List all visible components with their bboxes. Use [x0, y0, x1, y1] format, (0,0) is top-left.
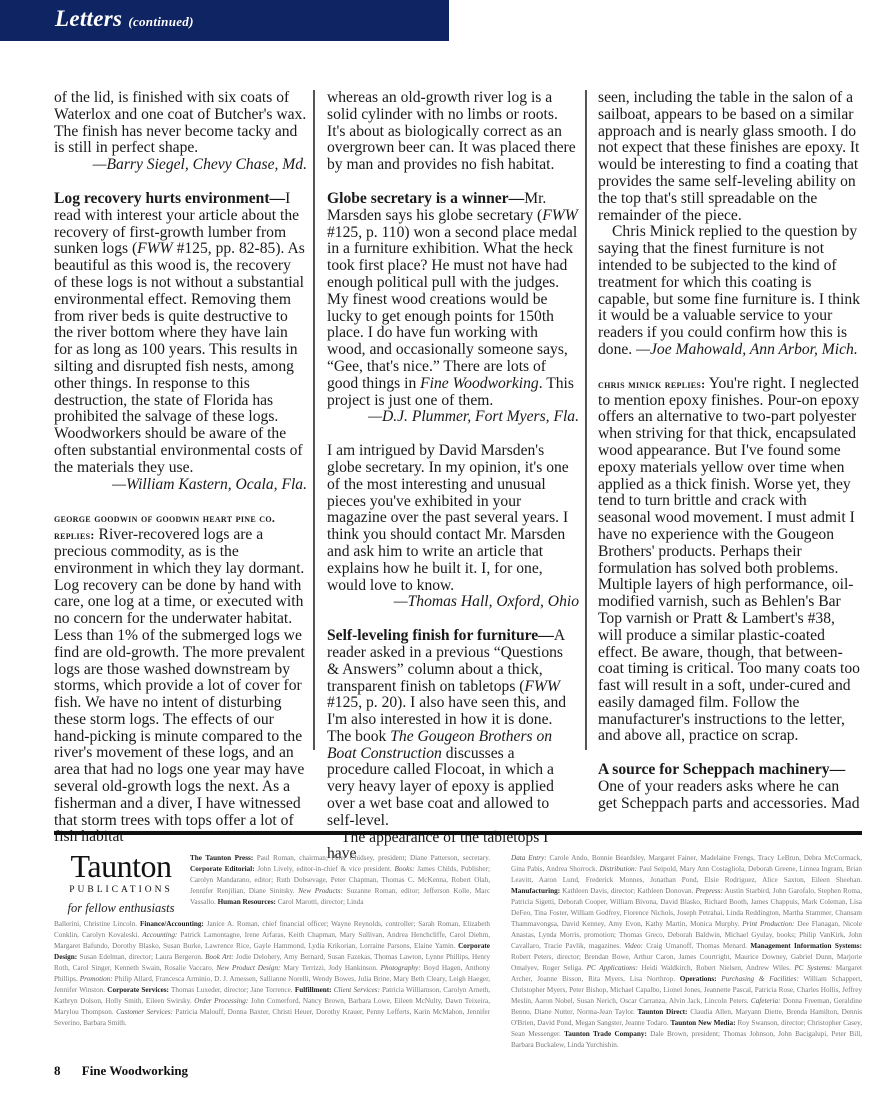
footer-divider [54, 831, 862, 835]
letter-headline: Self-leveling finish for furniture— [327, 627, 554, 644]
reply-minick: Chris Minick replies: You're right. I ne… [598, 376, 862, 746]
letter-scheppach: A source for Scheppach machinery—One of … [598, 762, 862, 812]
letter-self-leveling: Self-leveling finish for furniture—A rea… [327, 628, 579, 830]
letter-continuation: seen, including the table in the salon o… [598, 90, 862, 224]
article-column-1: of the lid, is finished with six coats o… [54, 90, 307, 846]
logo-wordmark: Taunton [60, 851, 182, 881]
letter-signature: —Thomas Hall, Oxford, Ohio [327, 594, 579, 611]
article-column-3: seen, including the table in the salon o… [598, 90, 862, 813]
section-title: Letters (continued) [55, 6, 194, 32]
section-title-text: Letters [55, 6, 122, 31]
column-divider [585, 90, 587, 750]
masthead-block-c: Data Entry: Carole Ando, Bonnie Beardsle… [511, 853, 862, 1051]
letter-headline: A source for Scheppach machinery— [598, 761, 845, 778]
reply-continuation: whereas an old-growth river log is a sol… [327, 90, 579, 174]
letter-signature: —William Kastern, Ocala, Fla. [54, 477, 307, 494]
masthead-block-a: The Taunton Press: Paul Roman, chairman;… [190, 853, 490, 908]
logo-publications: PUBLICATIONS [60, 885, 182, 895]
letter-continuation: of the lid, is finished with six coats o… [54, 90, 307, 157]
section-header-bar: Letters (continued) [0, 0, 449, 41]
letter-signature: —D.J. Plummer, Fort Myers, Fla. [327, 409, 579, 426]
letter-globe-secretary: Globe secretary is a winner—Mr. Marsden … [327, 191, 579, 409]
letter-log-recovery: Log recovery hurts environment—I read wi… [54, 191, 307, 477]
column-divider [313, 90, 315, 750]
letter-headline: Globe secretary is a winner— [327, 190, 524, 207]
letter-signature: —Barry Siegel, Chevy Chase, Md. [54, 157, 307, 174]
letter-headline: Log recovery hurts environment— [54, 190, 285, 207]
letter-signature: —Joe Mahowald, Ann Arbor, Mich. [636, 341, 858, 358]
reply-goodwin: George Goodwin of Goodwin Heart Pine Co.… [54, 510, 307, 846]
section-subtitle: (continued) [128, 14, 193, 29]
page-folio: 8 Fine Woodworking [54, 1063, 188, 1079]
logo-tagline: for fellow enthusiasts [60, 901, 182, 916]
magazine-name: Fine Woodworking [82, 1063, 188, 1078]
letter-paragraph: Chris Minick replied to the question by … [598, 224, 862, 358]
article-column-2: whereas an old-growth river log is a sol… [327, 90, 579, 863]
letter-globe-intrigued: I am intrigued by David Marsden's globe … [327, 443, 579, 594]
page-number: 8 [54, 1063, 61, 1078]
masthead-block-b: Ballerini, Christine Lincoln. Finance/Ac… [54, 919, 490, 1029]
taunton-logo: Taunton PUBLICATIONS for fellow enthusia… [60, 851, 182, 916]
reply-byline: Chris Minick replies: [598, 377, 705, 391]
